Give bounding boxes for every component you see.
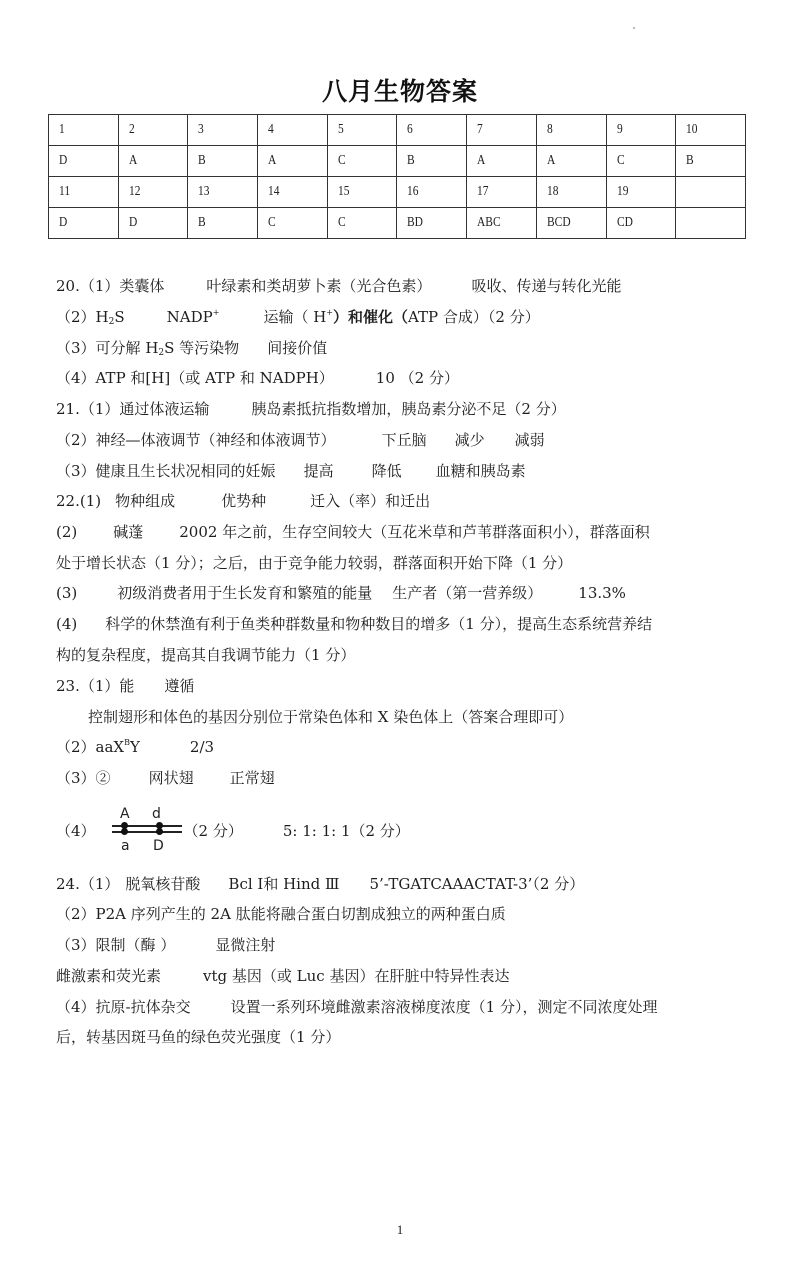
gene-locus-dot [156,828,163,835]
question-number: （2） [56,738,96,756]
table-cell: B [188,208,258,239]
answer-text: 类囊体 [119,277,164,295]
table-cell [676,177,746,208]
question-number: （4） [56,998,96,1016]
allele-label: D [153,838,164,854]
table-cell: 18 [536,177,606,208]
table-cell: BD [397,208,467,239]
table-cell: CD [606,208,676,239]
question-number: 21.（1） [56,400,119,418]
table-cell: C [258,208,328,239]
table-cell: 2 [118,115,188,146]
table-cell: 12 [118,177,188,208]
table-cell: 1 [49,115,119,146]
answer-table: 1 2 3 4 5 6 7 8 9 10 D A B A C B A A C B… [48,114,746,239]
q20-line-2: （2）H2SNADP+运输（ H+）和催化（ATP 合成）（2 分） [56,307,540,327]
table-cell: 3 [188,115,258,146]
question-number: (4) [56,615,77,633]
q22-line-4: (4)科学的休禁渔有利于鱼类种群数量和物种数目的增多（1 分），提高生态系统营养… [56,614,652,634]
page-title: 八月生物答案 [0,72,800,108]
q24-line-3-cont: 雌激素和荧光素vtg 基因（或 Luc 基因）在肝脏中特异性表达 [56,966,509,986]
answer-text: 吸收、传递与转化光能 [471,277,621,295]
table-cell: ABC [467,208,537,239]
q21-line-3: （3）健康且生长状况相同的妊娠提高降低血糖和胰岛素 [56,461,526,481]
question-number: 24.（1） [56,875,119,893]
table-cell: C [327,208,397,239]
question-number: （3） [56,936,96,954]
table-cell: 16 [397,177,467,208]
q24-line-4-cont: 后，转基因斑马鱼的绿色荧光强度（1 分） [56,1027,340,1047]
q22-line-2-cont: 处于增长状态（1 分）；之后，由于竞争能力较弱，群落面积开始下降（1 分） [56,553,572,573]
table-cell: BCD [536,208,606,239]
table-cell: B [676,146,746,177]
table-cell: B [397,146,467,177]
table-cell: 13 [188,177,258,208]
question-number: 23.（1） [56,677,119,695]
table-cell: 11 [49,177,119,208]
table-cell: C [327,146,397,177]
page-number: 1 [0,1222,800,1238]
q20-line-3: （3）可分解 H2S 等污染物间接价值 [56,338,327,358]
question-number: (3) [56,584,77,602]
table-cell: A [467,146,537,177]
table-cell: 5 [327,115,397,146]
q20-line-1: 20.（1）类囊体叶绿素和类胡萝卜素（光合色素）吸收、传递与转化光能 [56,276,621,296]
table-cell: 9 [606,115,676,146]
q24-line-3: （3）限制（酶 ）显微注射 [56,935,275,955]
table-cell: 4 [258,115,328,146]
gene-locus-dot [121,828,128,835]
question-number: （2） [56,431,96,449]
q24-line-1: 24.（1）脱氧核苷酸Bcl Ⅰ和 Hind Ⅲ5’-TGATCAAACTAT-… [56,874,584,894]
q23-line-2: （2）aaXBY2/3 [56,737,214,757]
q21-line-1: 21.（1）通过体液运输胰岛素抵抗指数增加，胰岛素分泌不足（2 分） [56,399,566,419]
table-row: 11 12 13 14 15 16 17 18 19 [49,177,746,208]
table-cell: 8 [536,115,606,146]
q24-line-4: （4）抗原-抗体杂交设置一系列环境雌激素溶液梯度浓度（1 分），测定不同浓度处理 [56,997,657,1017]
question-number: （3） [56,462,96,480]
question-number: （3） [56,769,96,787]
question-number: 20.（1） [56,277,119,295]
allele-label: a [121,838,130,854]
chromosome-diagram: A d a D [110,806,186,854]
table-cell: D [49,208,119,239]
question-number: （4） [56,369,96,387]
question-number: (2) [56,523,77,541]
table-cell: 6 [397,115,467,146]
allele-label: A [120,806,130,822]
q22-line-2: (2)碱蓬2002 年之前，生存空间较大（互花米草和芦苇群落面积小），群落面积 [56,522,650,542]
table-cell: C [606,146,676,177]
table-cell: A [258,146,328,177]
q21-line-2: （2）神经—体液调节（神经和体液调节）下丘脑减少减弱 [56,430,545,450]
table-cell: 19 [606,177,676,208]
question-number: （2） [56,905,96,923]
question-number: （3） [56,339,96,357]
table-cell: B [188,146,258,177]
q24-line-2: （2）P2A 序列产生的 2A 肽能将融合蛋白切割成独立的两种蛋白质 [56,904,506,924]
allele-label: d [152,806,161,822]
table-cell: 15 [327,177,397,208]
question-number: （4） [56,822,96,840]
q23-line-3: （3）②网状翅正常翅 [56,768,275,788]
table-row: D D B C C BD ABC BCD CD [49,208,746,239]
table-cell: D [49,146,119,177]
table-cell: A [536,146,606,177]
q23-line-1: 23.（1）能遵循 [56,676,194,696]
question-number: 22.(1) [56,492,101,510]
q23-line-1-cont: 控制翅形和体色的基因分别位于常染色体和 X 染色体上（答案合理即可） [88,707,573,727]
q22-line-1: 22.(1)物种组成优势种迁入（率）和迁出 [56,491,430,511]
table-row: D A B A C B A A C B [49,146,746,177]
table-cell [676,208,746,239]
table-cell: 14 [258,177,328,208]
table-cell: A [118,146,188,177]
q22-line-4-cont: 构的复杂程度，提高其自我调节能力（1 分） [56,645,355,665]
scan-artifact [633,27,635,29]
table-cell: D [118,208,188,239]
q20-line-4: （4）ATP 和[H]（或 ATP 和 NADPH）10 （2 分） [56,368,459,388]
q22-line-3: (3)初级消费者用于生长发育和繁殖的能量生产者（第一营养级）13.3% [56,583,626,603]
table-cell: 10 [676,115,746,146]
answer-text: 叶绿素和类胡萝卜素（光合色素） [206,277,431,295]
table-cell: 7 [467,115,537,146]
table-row: 1 2 3 4 5 6 7 8 9 10 [49,115,746,146]
table-cell: 17 [467,177,537,208]
question-number: （2） [56,308,96,326]
